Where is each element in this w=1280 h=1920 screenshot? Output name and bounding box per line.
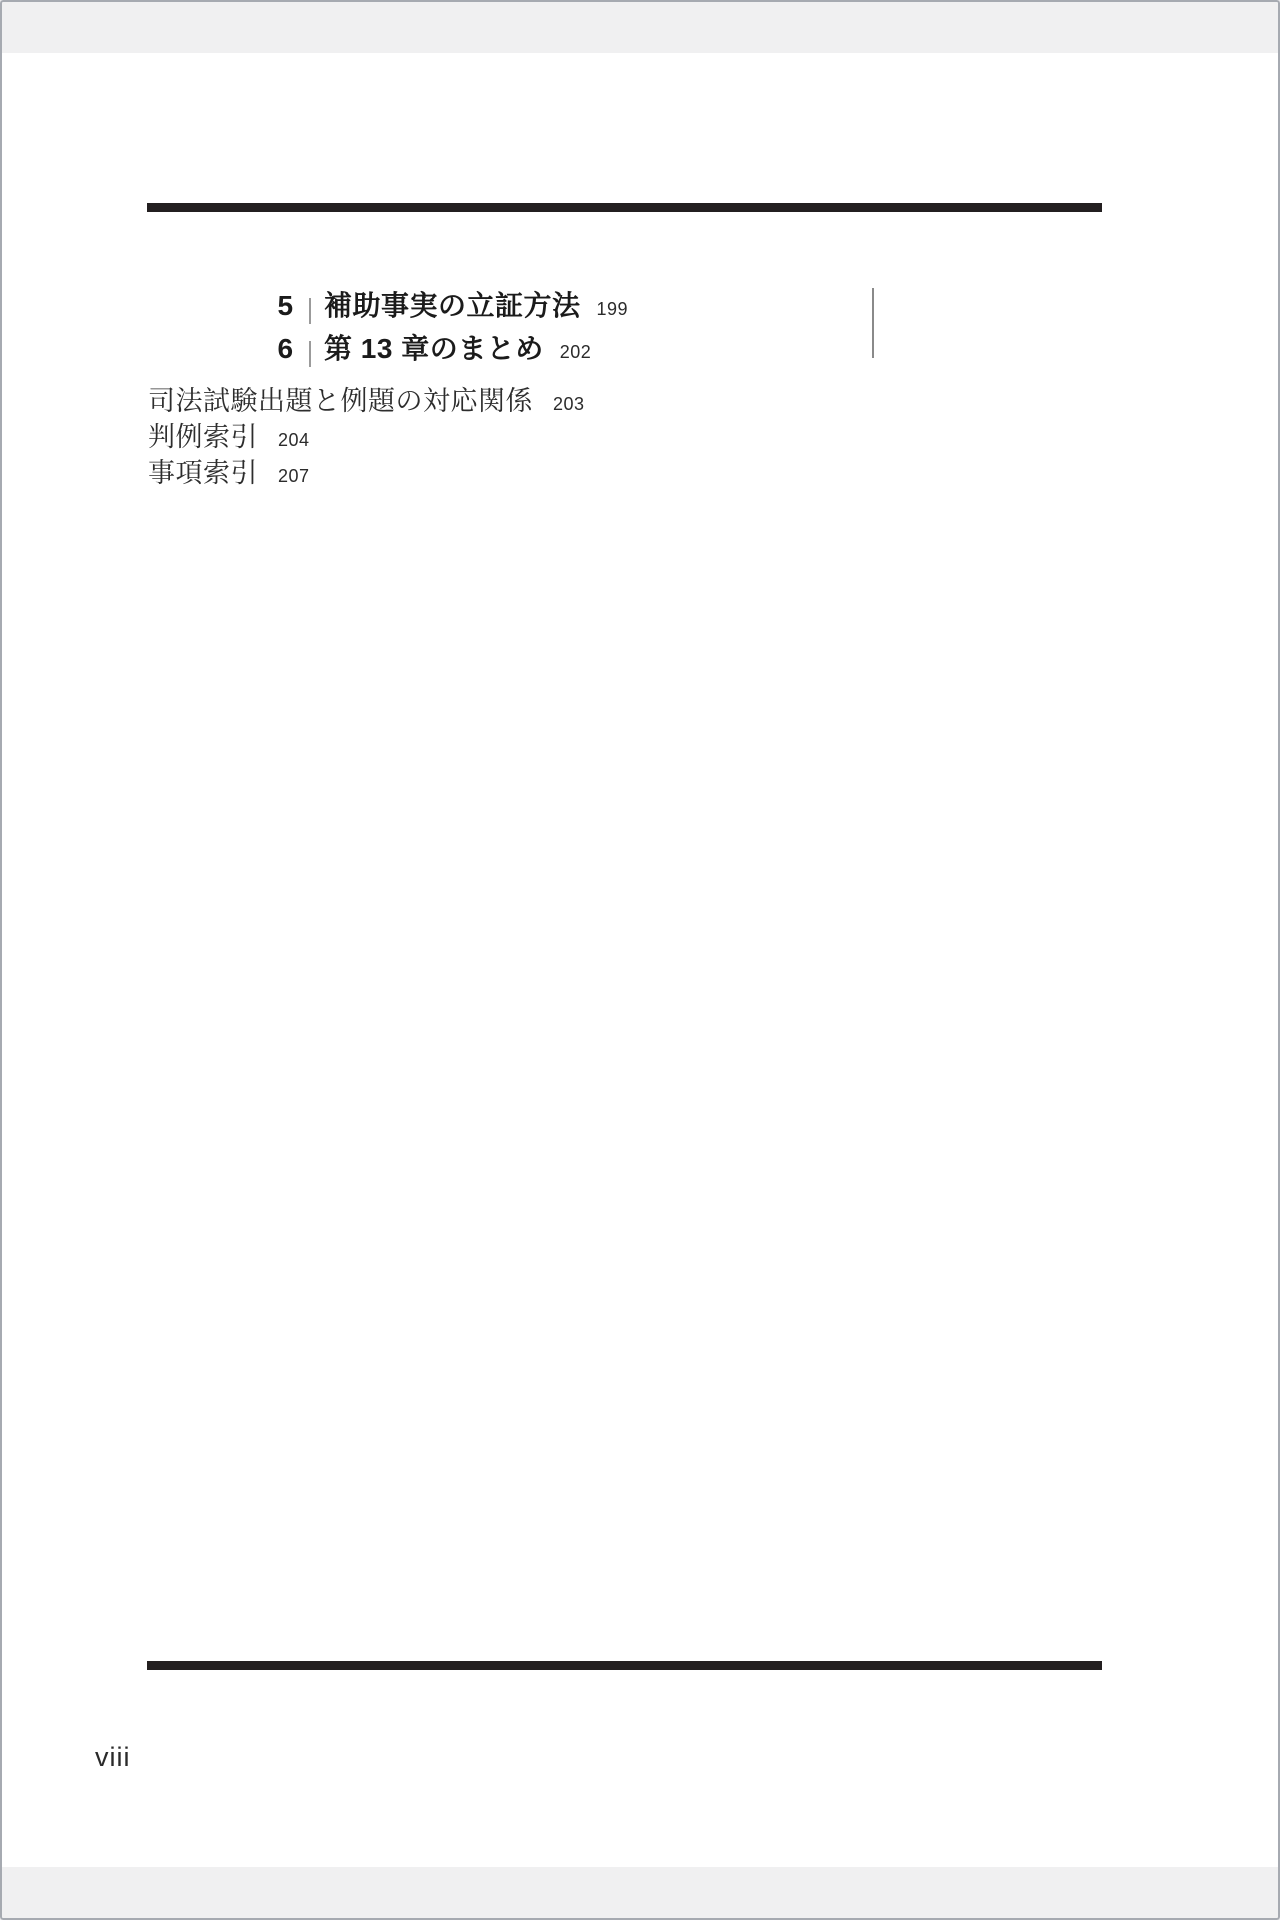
top-letterbox-band [0,0,1280,53]
toc-item-page-number: 202 [560,342,592,363]
toc-item-separator-bar [309,341,311,367]
toc-item-page-number: 199 [597,299,629,320]
chapter-bracket-line [872,288,874,358]
toc-item-number: 5 [275,290,296,322]
toc-item: 5 補助事実の立証方法 199 [275,284,628,327]
bottom-letterbox-band [0,1867,1280,1920]
header-rule [147,203,1102,212]
toc-numbered-entries: 5 補助事実の立証方法 199 6 第 13 章のまとめ 202 [275,284,628,370]
backmatter-page-number: 207 [278,466,310,487]
backmatter-page-number: 203 [553,394,585,415]
backmatter-title: 判例索引 [148,415,258,454]
backmatter-page-number: 204 [278,430,310,451]
backmatter-list: 司法試験出題と例題の対応関係 203 判例索引 204 事項索引 207 [148,379,585,487]
backmatter-title: 司法試験出題と例題の対応関係 [148,379,533,418]
toc-item-title: 第 13 章のまとめ [324,327,544,367]
toc-item-title: 補助事実の立証方法 [324,284,581,324]
toc-item-number: 6 [275,333,296,365]
frame-border [0,0,1280,1920]
footer-rule [147,1661,1102,1670]
page-folio: viii [95,1742,131,1773]
backmatter-item: 司法試験出題と例題の対応関係 203 [148,379,585,415]
toc-item-separator-bar [309,298,311,324]
scanned-book-page: 5 補助事実の立証方法 199 6 第 13 章のまとめ 202 司法試験出題と… [0,0,1280,1920]
backmatter-item: 判例索引 204 [148,415,585,451]
toc-item: 6 第 13 章のまとめ 202 [275,327,628,370]
backmatter-item: 事項索引 207 [148,451,585,487]
backmatter-title: 事項索引 [148,451,258,490]
